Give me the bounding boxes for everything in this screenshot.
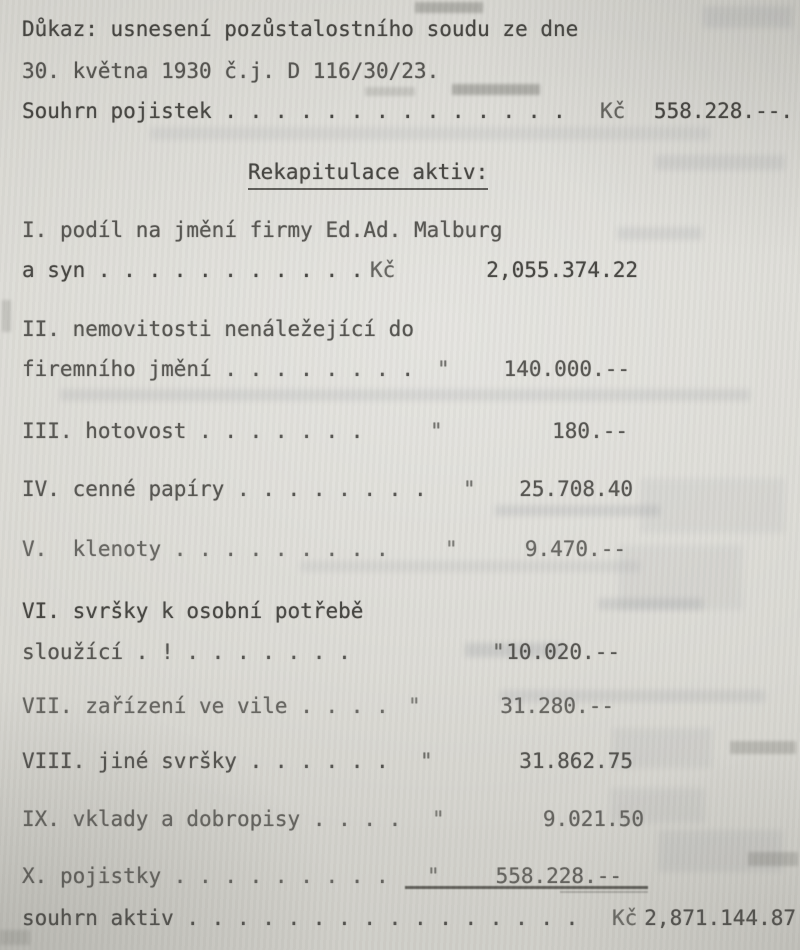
assets-total-amount: 2,871.144.87 xyxy=(640,906,796,930)
emphasis-underline xyxy=(560,891,648,893)
asset-name: podíl na jmění firmy Ed.Ad. Malburg xyxy=(60,218,503,242)
bleed-through-mark xyxy=(365,87,415,96)
asset-numeral: VIII. xyxy=(22,749,85,773)
ditto-mark: " xyxy=(408,694,421,718)
asset-row-ii-value: firemního jmění . . . . . . . ."140.000.… xyxy=(0,357,800,385)
asset-row-viii: VIII. jiné svršky . . . . . ."31.862.75 xyxy=(0,749,800,777)
bleed-through-mark xyxy=(415,2,483,13)
asset-numeral: II. xyxy=(22,317,60,341)
evidence-line: Důkaz: usnesení pozůstalostního soudu ze… xyxy=(0,17,800,45)
asset-numeral: III. xyxy=(22,419,73,443)
asset-label: vklady a dobropisy xyxy=(73,807,301,831)
asset-row-iii: III. hotovost . . . . . . ."180.-- xyxy=(0,419,800,447)
asset-label: zařízení ve vile xyxy=(85,694,287,718)
insurance-sum-label: Souhrn pojistek xyxy=(22,99,212,123)
dot-leader: . . . . . . . . xyxy=(224,357,414,381)
dot-leader: . . . . . . . . . . . xyxy=(98,258,364,282)
asset-row-x: X. pojistky . . . . . . . . ."558.228.-- xyxy=(0,864,800,892)
section-title: Rekapitulace aktiv: xyxy=(248,160,488,190)
date-reference-line: 30. května 1930 č.j. D 116/30/23. xyxy=(0,59,800,87)
asset-row-ix: IX. vklady a dobropisy . . . ."9.021.50 xyxy=(0,807,800,835)
dot-leader: . . . . . . . . xyxy=(237,477,427,501)
asset-row-vi-name: VI. svršky k osobní potřebě xyxy=(0,599,800,627)
asset-label: pojistky xyxy=(60,864,161,888)
ditto-mark: " xyxy=(437,357,450,381)
dot-leader: . . . . . . . . . xyxy=(174,864,389,888)
asset-numeral: I. xyxy=(22,218,47,242)
asset-amount: 2,055.374.22 xyxy=(440,258,638,282)
asset-label: hotovost xyxy=(85,419,186,443)
asset-numeral: IV. xyxy=(22,477,60,501)
asset-name: nemovitosti nenáležející do xyxy=(73,317,414,341)
asset-label: klenoty xyxy=(73,537,162,561)
asset-row-vii: VII. zařízení ve vile . . . ."31.280.-- xyxy=(0,694,800,722)
asset-row-i-name: I. podíl na jmění firmy Ed.Ad. Malburg xyxy=(0,218,800,246)
asset-row-vi-value: sloužící . ! . . . . . . ."10.020.-- xyxy=(0,640,800,668)
evidence-text: Důkaz: usnesení pozůstalostního soudu ze… xyxy=(22,17,578,41)
asset-numeral: IX. xyxy=(22,807,60,831)
asset-label: firemního jmění xyxy=(22,357,212,381)
currency-label: Kč xyxy=(612,906,637,930)
assets-total-line: souhrn aktiv . . . . . . . . . . . . . .… xyxy=(0,906,800,934)
asset-amount: 31.862.75 xyxy=(475,749,633,773)
currency-label: Kč xyxy=(370,258,395,282)
dot-leader: . . . . . . . . . . . . . . xyxy=(224,99,565,123)
asset-amount: 10.020.-- xyxy=(460,640,620,664)
dot-leader: . . . . . . . xyxy=(186,640,350,664)
asset-row-v: V. klenoty . . . . . . . . ."9.470.-- xyxy=(0,537,800,565)
asset-row-ii-name: II. nemovitosti nenáležející do xyxy=(0,317,800,345)
dot-leader: . . . . . . . . . xyxy=(174,537,389,561)
asset-amount: 180.-- xyxy=(470,419,628,443)
ditto-mark: " xyxy=(463,477,476,501)
asset-amount: 31.280.-- xyxy=(455,694,614,718)
asset-numeral: VII. xyxy=(22,694,73,718)
emphasis-underline xyxy=(405,886,648,889)
asset-amount: 140.000.-- xyxy=(460,357,630,381)
asset-numeral: X. xyxy=(22,864,47,888)
asset-name: svršky k osobní potřebě xyxy=(73,599,364,623)
asset-row-iv: IV. cenné papíry . . . . . . . ."25.708.… xyxy=(0,477,800,505)
insurance-sum-amount: 558.228.--. xyxy=(630,99,793,123)
asset-amount: 9.021.50 xyxy=(490,807,644,831)
asset-amount: 25.708.40 xyxy=(475,477,633,501)
asset-numeral: V. xyxy=(22,537,47,561)
currency-label: Kč xyxy=(600,99,625,123)
ditto-mark: " xyxy=(432,807,445,831)
bleed-through-mark xyxy=(150,127,710,140)
ditto-mark: " xyxy=(427,864,440,888)
asset-label: cenné papíry xyxy=(73,477,225,501)
asset-amount: 9.470.-- xyxy=(470,537,626,561)
asset-numeral: VI. xyxy=(22,599,60,623)
ditto-mark: " xyxy=(445,537,458,561)
ditto-mark: " xyxy=(430,419,443,443)
document-page: Důkaz: usnesení pozůstalostního soudu ze… xyxy=(0,0,800,950)
ditto-mark: " xyxy=(420,749,433,773)
dot-leader: . . . . xyxy=(300,694,389,718)
date-reference-text: 30. května 1930 č.j. D 116/30/23. xyxy=(22,59,439,83)
section-title-line: Rekapitulace aktiv: xyxy=(0,160,800,188)
dot-leader: . . . . . . . . . . . . . . . . xyxy=(186,906,578,930)
bleed-through-mark xyxy=(60,389,750,401)
insurance-sum-line: Souhrn pojistek . . . . . . . . . . . . … xyxy=(0,99,800,127)
dot-leader: . . . . . . . xyxy=(199,419,363,443)
asset-row-i-value: a syn . . . . . . . . . . .Kč2,055.374.2… xyxy=(0,258,800,286)
asset-amount: 558.228.-- xyxy=(465,864,622,888)
asset-label: sloužící . ! xyxy=(22,640,174,664)
assets-total-label: souhrn aktiv xyxy=(22,906,174,930)
dot-leader: . . . . . . xyxy=(250,749,389,773)
dot-leader: . . . . xyxy=(313,807,402,831)
asset-label: a syn xyxy=(22,258,85,282)
asset-label: jiné svršky xyxy=(98,749,237,773)
bleed-through-mark xyxy=(495,505,660,516)
